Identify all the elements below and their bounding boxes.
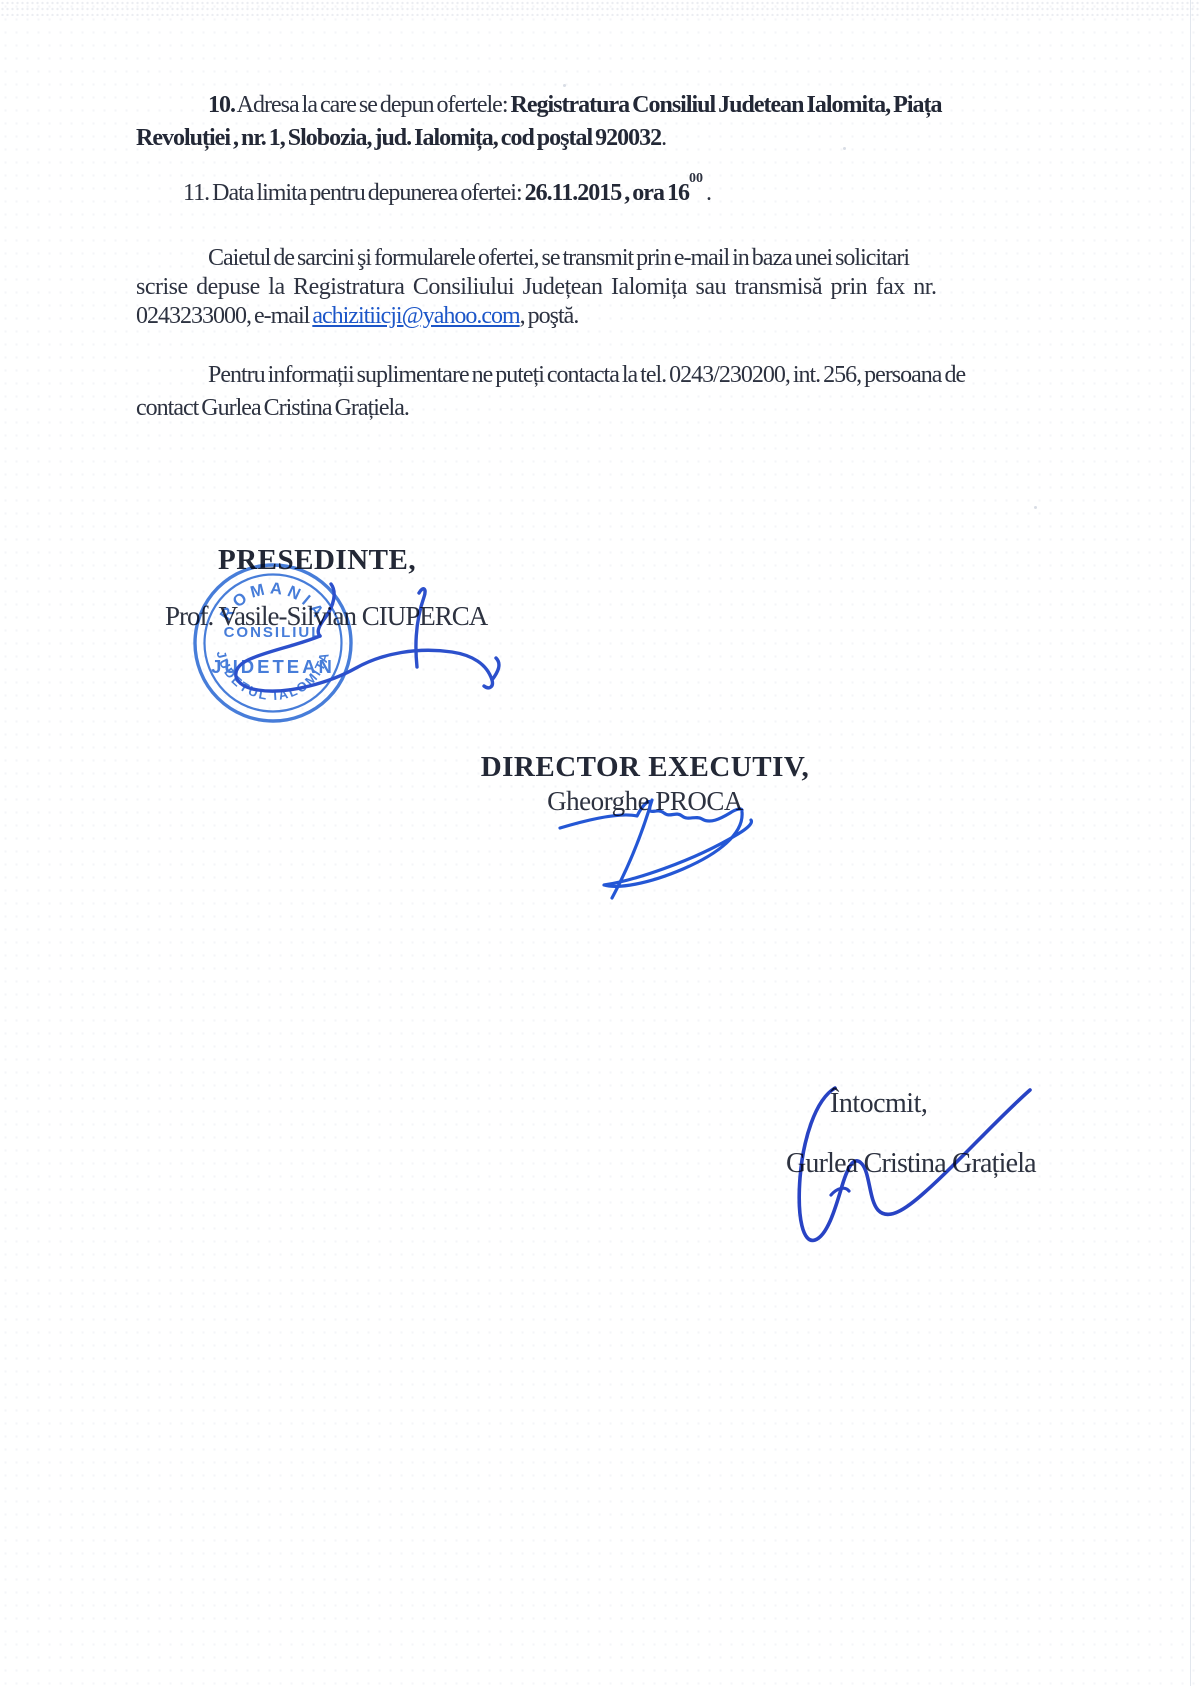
transmit-paragraph-line-2: scrise depuse la Registratura Consiliulu… [136, 274, 936, 301]
stamp-outer-ring [195, 565, 351, 721]
scan-speck [1034, 506, 1037, 509]
paragraph-10-line-2: Revoluției , nr. 1, Slobozia, jud. Ialom… [136, 125, 666, 152]
signature-stroke [236, 636, 499, 691]
scan-speck [843, 147, 846, 150]
transmit-paragraph-tail: , poştă. [520, 303, 579, 329]
paragraph-10-period: . [661, 125, 666, 151]
intocmit-name: Gurlea Cristina Grațiela [786, 1148, 1036, 1180]
contact-paragraph-line-2: contact Gurlea Cristina Grațiela. [136, 395, 409, 422]
transmit-paragraph-line-1: Caietul de sarcini şi formularele oferte… [208, 245, 909, 272]
transmit-paragraph-line-3: 0243233000, e-mail achizitiicji@yahoo.co… [136, 303, 578, 330]
paragraph-11-line: 11. Data limita pentru depunerea ofertei… [183, 180, 711, 207]
paragraph-11-lead: 11. Data limita pentru depunerea ofertei… [183, 180, 525, 206]
stamp-judetean-text: JUDETEAN [211, 656, 335, 677]
scanned-document-page: { "paragraphs": { "p10": { "number": "10… [0, 0, 1200, 1686]
signature-stroke [831, 1188, 849, 1195]
presedinte-title: PRESEDINTE, [218, 544, 416, 577]
paragraph-11-deadline: 26.11.2015 , ora 16 [525, 180, 689, 206]
stamp-inner-ring [205, 575, 342, 712]
paragraph-10-line-1: 10. Adresa la care se depun ofertele: Re… [208, 92, 942, 119]
signature-stroke [604, 812, 751, 886]
paragraph-10-intro: Adresa la care se depun ofertele: [235, 92, 511, 118]
scan-speck [563, 84, 566, 87]
round-stamp: ROMANIA JUDETUL IALOMITA CONSILIUL JUDET… [195, 565, 351, 721]
paragraph-10-address-bold: Registratura Consiliul Judetean Ialomita… [511, 92, 942, 118]
presedinte-name: Prof. Vasile-Silvian CIUPERCA [165, 601, 487, 632]
scan-noise-top-edge [0, 0, 1200, 16]
paragraph-10-number: 10. [208, 92, 235, 118]
scan-edge-line [1190, 0, 1191, 1686]
contact-paragraph-line-1: Pentru informații suplimentare ne puteți… [208, 362, 965, 389]
paragraph-11-hour-superscript: 00 [689, 171, 703, 186]
paragraph-11-tail: . [703, 180, 711, 206]
stamp-county-arc-text: JUDETUL IALOMITA [214, 649, 333, 703]
intocmit-label: Întocmit, [830, 1088, 927, 1120]
email-link[interactable]: achizitiicji@yahoo.com [312, 303, 519, 329]
paragraph-10-address-bold-2: Revoluției , nr. 1, Slobozia, jud. Ialom… [136, 125, 661, 151]
director-executiv-name: Gheorghe PROCA [455, 786, 835, 817]
director-executiv-title: DIRECTOR EXECUTIV, [455, 751, 835, 784]
fax-number-text: 0243233000, e-mail [136, 303, 312, 329]
